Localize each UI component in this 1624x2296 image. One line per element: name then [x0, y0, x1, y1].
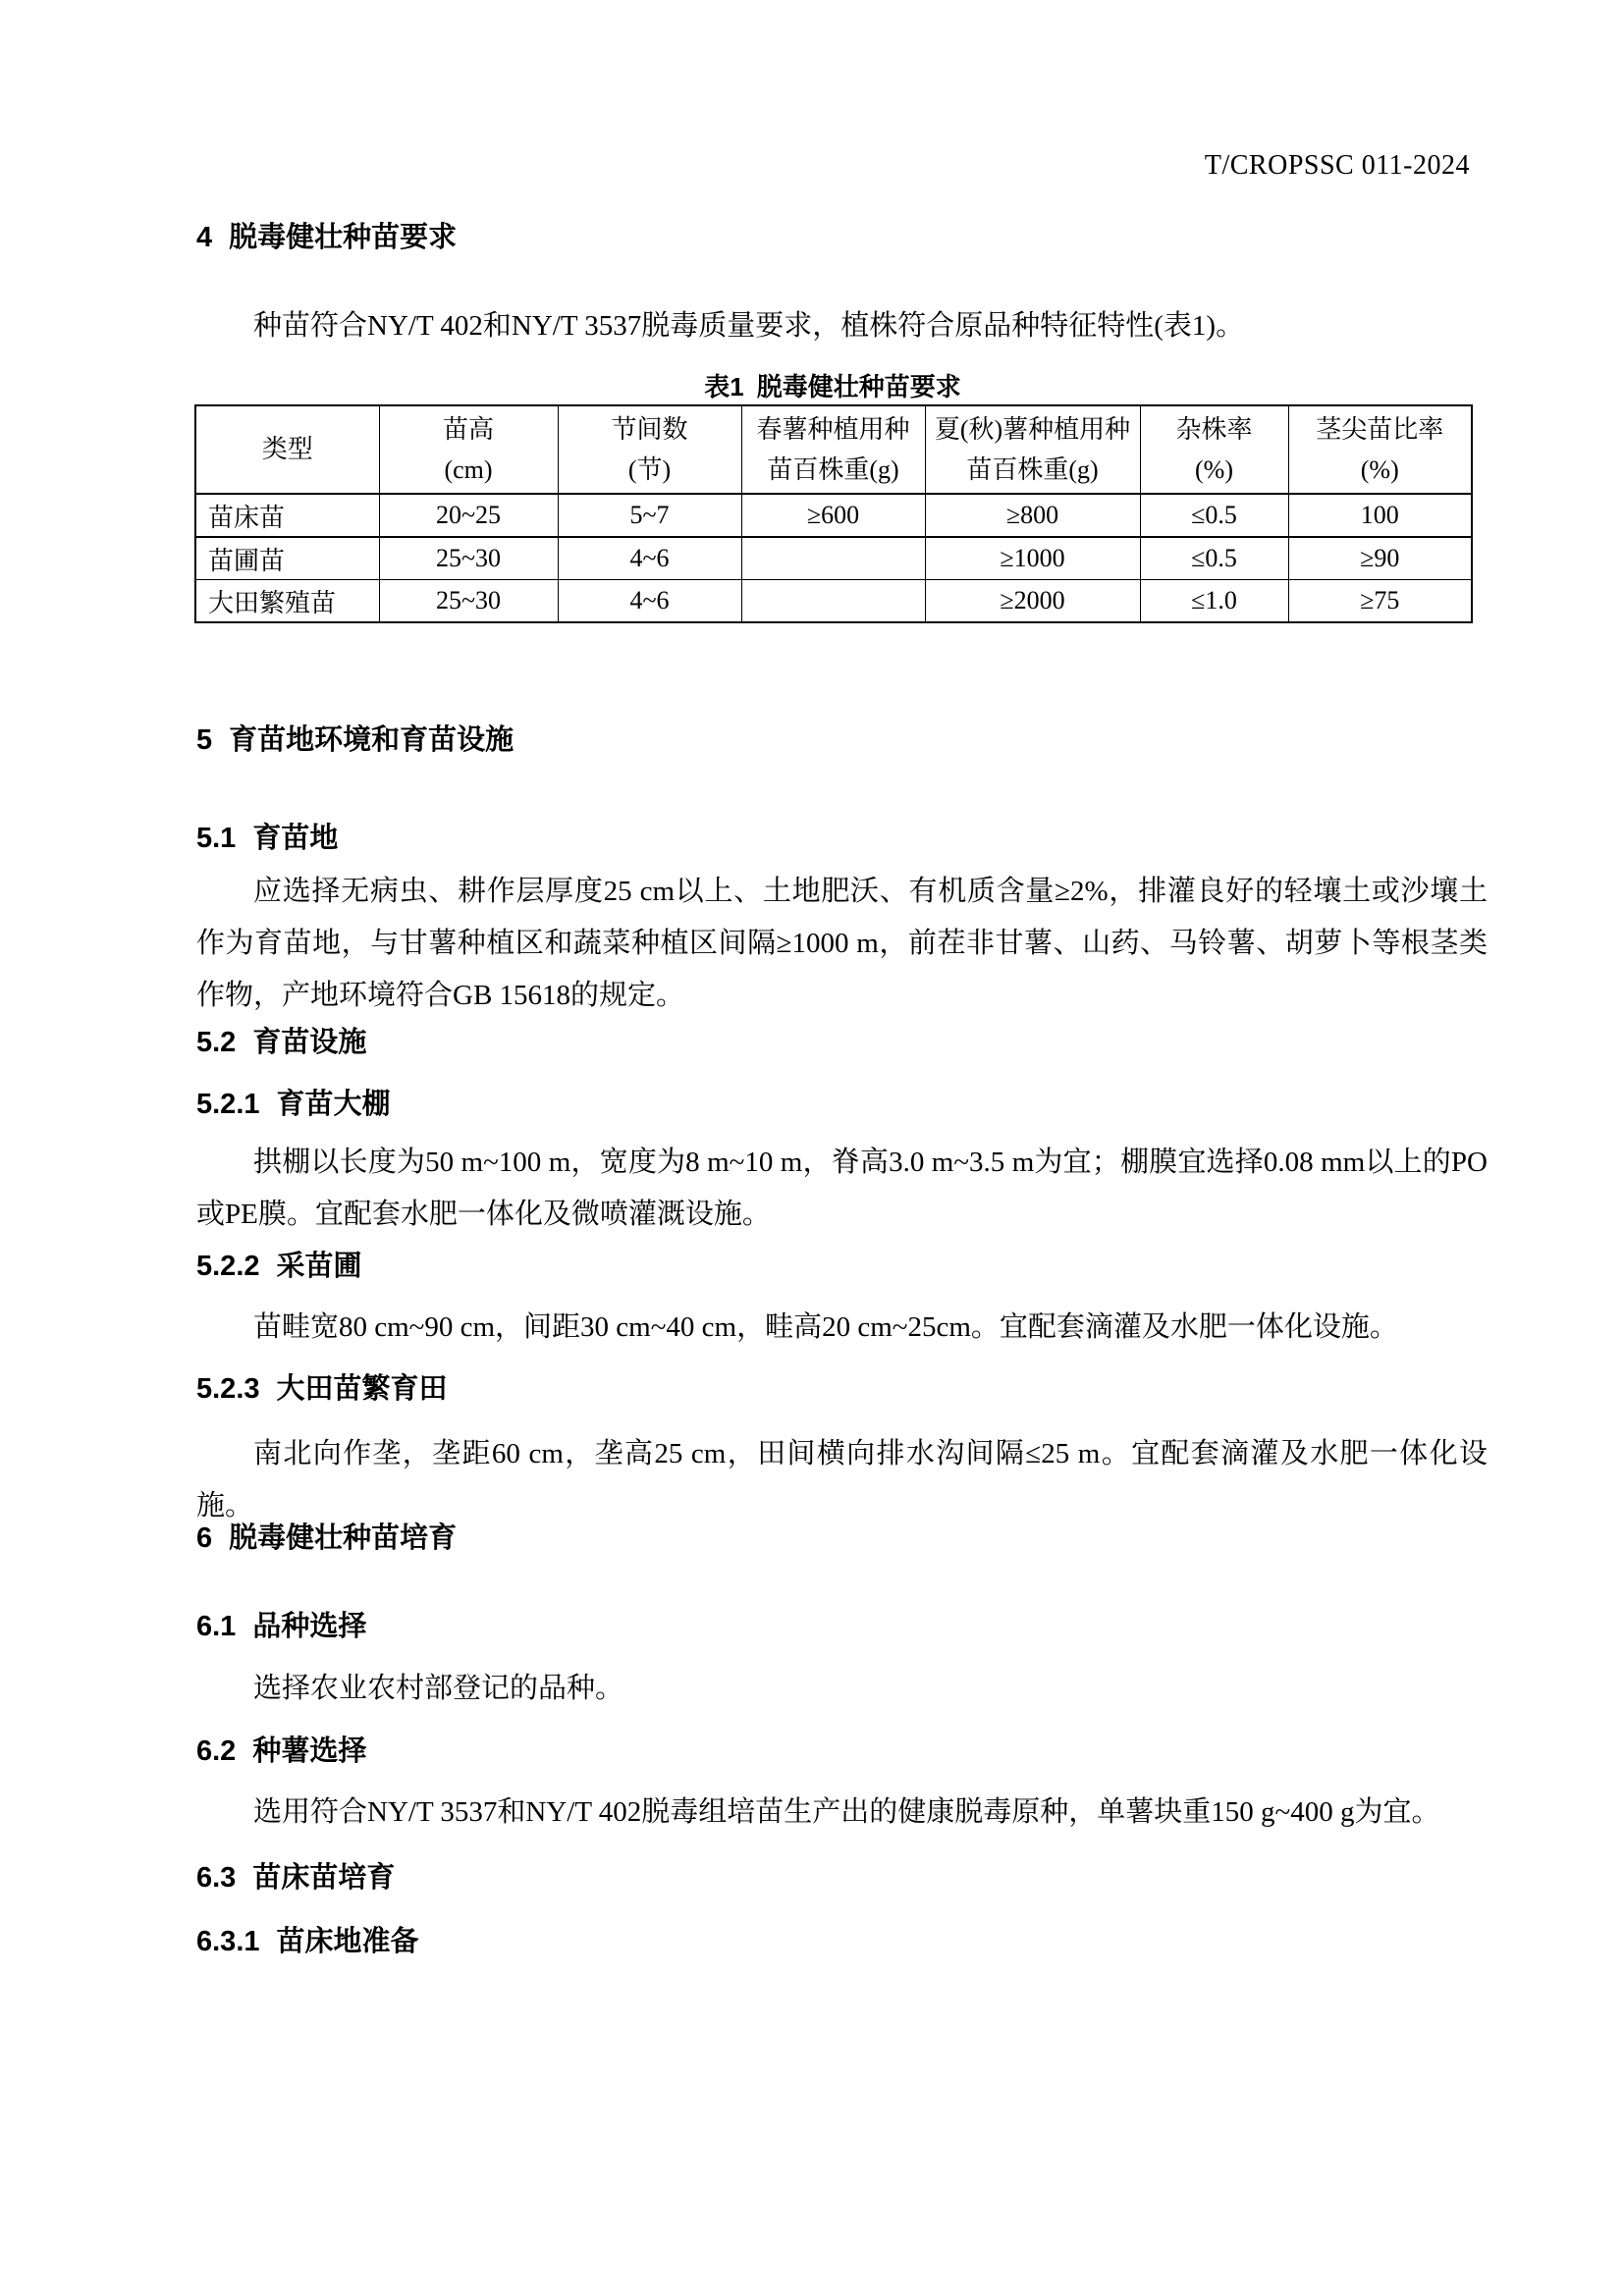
paragraph-4: 种苗符合NY/T 402和NY/T 3537脱毒质量要求，植株符合原品种特征特性…: [196, 300, 1488, 352]
section-heading-4: 4脱毒健壮种苗要求: [196, 222, 1488, 254]
heading-number: 4: [196, 222, 212, 253]
table-cell: 大田繁殖苗: [195, 580, 379, 623]
section-heading-6: 6脱毒健壮种苗培育: [196, 1522, 1488, 1555]
heading-number: 5.2: [196, 1027, 236, 1058]
table-cell: ≤1.0: [1140, 580, 1288, 623]
table-cell: ≥2000: [925, 580, 1140, 623]
section-heading-6-3: 6.3苗床苗培育: [196, 1862, 1488, 1895]
table-cell: [741, 580, 925, 623]
document-page: T/CROPSSC 011-2024 4脱毒健壮种苗要求 种苗符合NY/T 40…: [0, 0, 1624, 2296]
section-heading-6-1: 6.1品种选择: [196, 1611, 1488, 1643]
table-header-cell: 茎尖苗比率(%): [1288, 405, 1472, 494]
heading-title: 苗床地准备: [277, 1926, 419, 1957]
paragraph-5-2-2: 苗畦宽80 cm~90 cm，间距30 cm~40 cm，畦高20 cm~25c…: [196, 1302, 1488, 1354]
heading-title: 育苗地环境和育苗设施: [229, 724, 514, 756]
table-cell: 苗床苗: [195, 494, 379, 537]
table-cell: [741, 537, 925, 580]
heading-title: 脱毒健壮种苗培育: [229, 1522, 457, 1554]
table-cell: 4~6: [558, 537, 741, 580]
paragraph-6-2: 选用符合NY/T 3537和NY/T 402脱毒组培苗生产出的健康脱毒原种，单薯…: [196, 1787, 1488, 1839]
heading-title: 采苗圃: [277, 1251, 362, 1282]
section-heading-5-2-2: 5.2.2采苗圃: [196, 1251, 1488, 1283]
heading-title: 育苗设施: [252, 1027, 366, 1058]
section-heading-5: 5育苗地环境和育苗设施: [196, 724, 1488, 757]
table-cell: 苗圃苗: [195, 537, 379, 580]
table-caption-title: 脱毒健壮种苗要求: [757, 372, 961, 401]
heading-number: 6.3: [196, 1862, 236, 1894]
table-cell: ≥600: [741, 494, 925, 537]
heading-number: 5.2.3: [196, 1373, 260, 1405]
heading-number: 6.1: [196, 1611, 236, 1642]
section-heading-5-2-3: 5.2.3大田苗繁育田: [196, 1373, 1488, 1406]
section-heading-5-1: 5.1育苗地: [196, 823, 1488, 855]
section-heading-6-2: 6.2种薯选择: [196, 1735, 1488, 1768]
table-header-cell: 类型: [195, 405, 379, 494]
standard-code-header: T/CROPSSC 011-2024: [0, 150, 1470, 182]
table-cell: ≥90: [1288, 537, 1472, 580]
heading-title: 种薯选择: [252, 1735, 366, 1767]
table-cell: 5~7: [558, 494, 741, 537]
paragraph-5-2-1: 拱棚以长度为50 m~100 m，宽度为8 m~10 m，脊高3.0 m~3.5…: [196, 1137, 1488, 1241]
heading-number: 6.2: [196, 1735, 236, 1767]
heading-number: 5.2.1: [196, 1089, 260, 1120]
table-cell: ≥75: [1288, 580, 1472, 623]
section-heading-6-3-1: 6.3.1苗床地准备: [196, 1926, 1488, 1958]
heading-title: 育苗大棚: [277, 1089, 391, 1120]
table-row: 苗床苗 20~25 5~7 ≥600 ≥800 ≤0.5 100: [195, 494, 1472, 537]
table-cell: 100: [1288, 494, 1472, 537]
table-row: 苗圃苗 25~30 4~6 ≥1000 ≤0.5 ≥90: [195, 537, 1472, 580]
requirements-table: 类型 苗高(cm) 节间数(节) 春薯种植用种苗百株重(g) 夏(秋)薯种植用种…: [194, 404, 1473, 623]
table-cell: 20~25: [379, 494, 558, 537]
paragraph-5-1: 应选择无病虫、耕作层厚度25 cm以上、土地肥沃、有机质含量≥2%，排灌良好的轻…: [196, 866, 1488, 1022]
heading-number: 5.1: [196, 823, 236, 854]
heading-title: 品种选择: [252, 1611, 366, 1642]
table-cell: ≥1000: [925, 537, 1140, 580]
heading-number: 6.3.1: [196, 1926, 260, 1957]
table-header-cell: 杂株率(%): [1140, 405, 1288, 494]
heading-title: 育苗地: [252, 823, 338, 854]
table-header-cell: 春薯种植用种苗百株重(g): [741, 405, 925, 494]
table-cell: ≤0.5: [1140, 537, 1288, 580]
paragraph-5-2-3: 南北向作垄，垄距60 cm，垄高25 cm，田间横向排水沟间隔≤25 m。宜配套…: [196, 1428, 1488, 1532]
table-caption-label: 表1: [704, 372, 743, 401]
table-header-cell: 苗高(cm): [379, 405, 558, 494]
section-heading-5-2-1: 5.2.1育苗大棚: [196, 1089, 1488, 1121]
section-heading-5-2: 5.2育苗设施: [196, 1027, 1488, 1059]
table-header-cell: 节间数(节): [558, 405, 741, 494]
table-cell: 25~30: [379, 580, 558, 623]
table-header-cell: 夏(秋)薯种植用种苗百株重(g): [925, 405, 1140, 494]
table-cell: 4~6: [558, 580, 741, 623]
heading-number: 5: [196, 724, 212, 756]
table-row: 大田繁殖苗 25~30 4~6 ≥2000 ≤1.0 ≥75: [195, 580, 1472, 623]
table-cell: 25~30: [379, 537, 558, 580]
heading-number: 6: [196, 1522, 212, 1554]
heading-title: 苗床苗培育: [252, 1862, 395, 1894]
table-cell: ≤0.5: [1140, 494, 1288, 537]
heading-title: 脱毒健壮种苗要求: [229, 222, 457, 253]
table-header-row: 类型 苗高(cm) 节间数(节) 春薯种植用种苗百株重(g) 夏(秋)薯种植用种…: [195, 405, 1472, 494]
paragraph-6-1: 选择农业农村部登记的品种。: [196, 1663, 1488, 1715]
heading-title: 大田苗繁育田: [277, 1373, 448, 1405]
table-caption: 表1脱毒健壮种苗要求: [194, 372, 1471, 402]
table-cell: ≥800: [925, 494, 1140, 537]
heading-number: 5.2.2: [196, 1251, 260, 1282]
